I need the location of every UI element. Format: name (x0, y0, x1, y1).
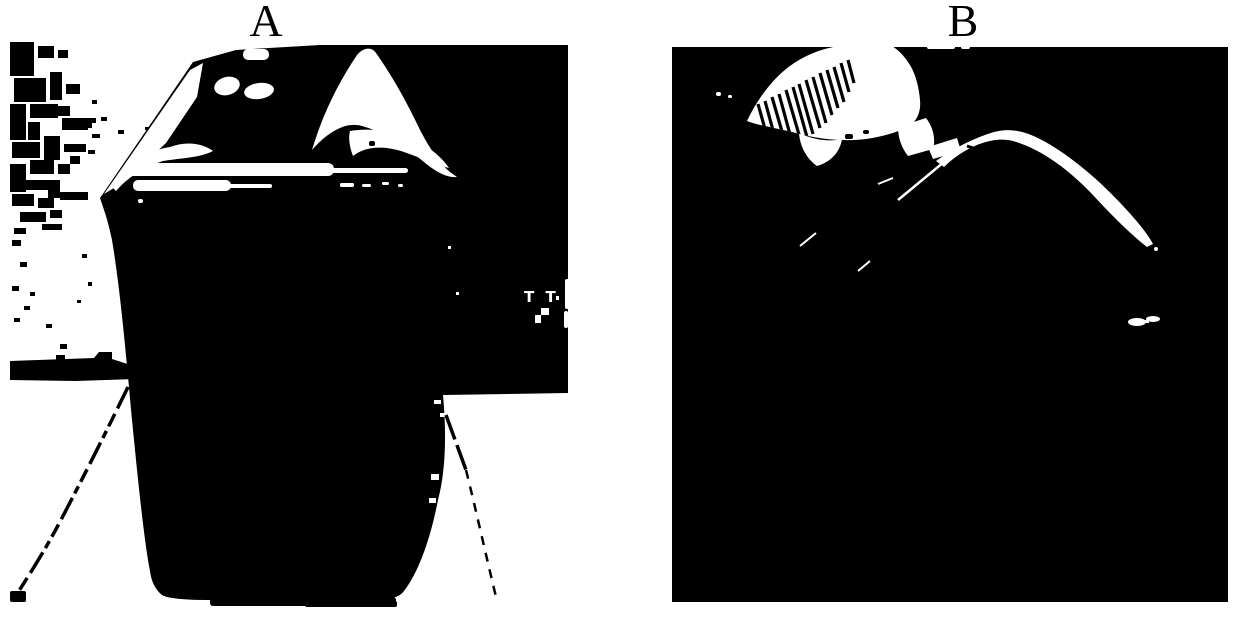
table-diagonal-line (10, 387, 128, 602)
noise-cluster (10, 42, 100, 234)
panel-a-photo: T T (10, 40, 570, 612)
table-edge-bar (10, 352, 134, 381)
top-edge-highlights (927, 44, 970, 49)
band-tail-dot (1154, 247, 1158, 251)
right-diagonal-line (446, 415, 497, 601)
panel-b-label: B (948, 0, 979, 42)
panel-b-photo (672, 42, 1228, 608)
panel-a-label: A (249, 0, 282, 42)
bottle-bottom-lip (210, 597, 397, 607)
backdrop-t-marks: T T (524, 288, 559, 306)
dark-field (672, 47, 1228, 602)
